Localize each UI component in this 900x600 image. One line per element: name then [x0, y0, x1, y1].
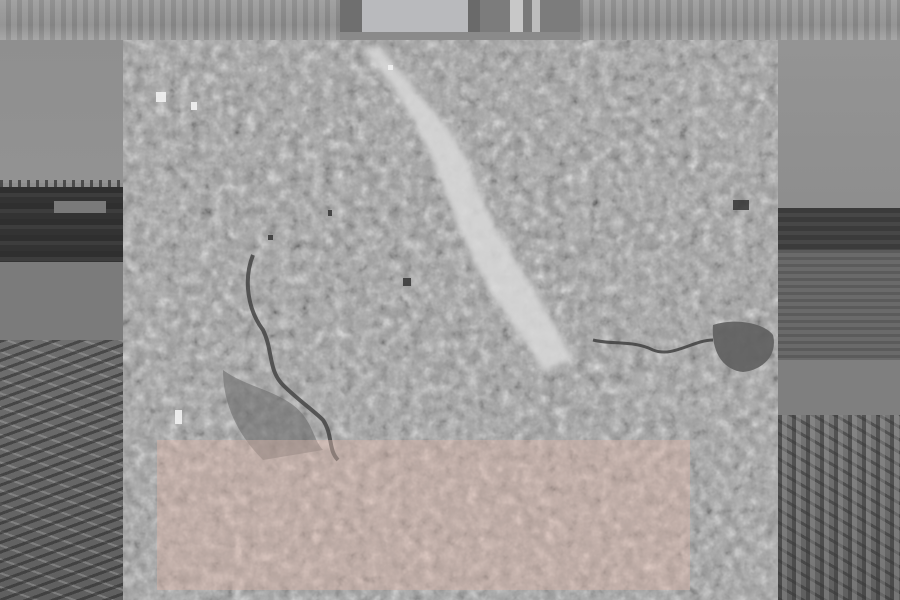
right-historic-photo: [778, 40, 900, 600]
top-building-photo: [340, 0, 580, 40]
right-photo-shore: [778, 360, 900, 415]
right-photo-building: [778, 208, 900, 250]
right-photo-log-rafts: [778, 415, 900, 600]
left-photo-sky: [0, 40, 123, 183]
pink-tint-highlight: [157, 440, 690, 590]
left-historic-photo: [0, 40, 123, 600]
right-photo-sky: [778, 40, 900, 208]
left-photo-log-booms: [0, 340, 123, 600]
left-photo-shore: [0, 262, 123, 340]
left-photo-building: [0, 187, 123, 262]
right-photo-water: [778, 250, 900, 360]
